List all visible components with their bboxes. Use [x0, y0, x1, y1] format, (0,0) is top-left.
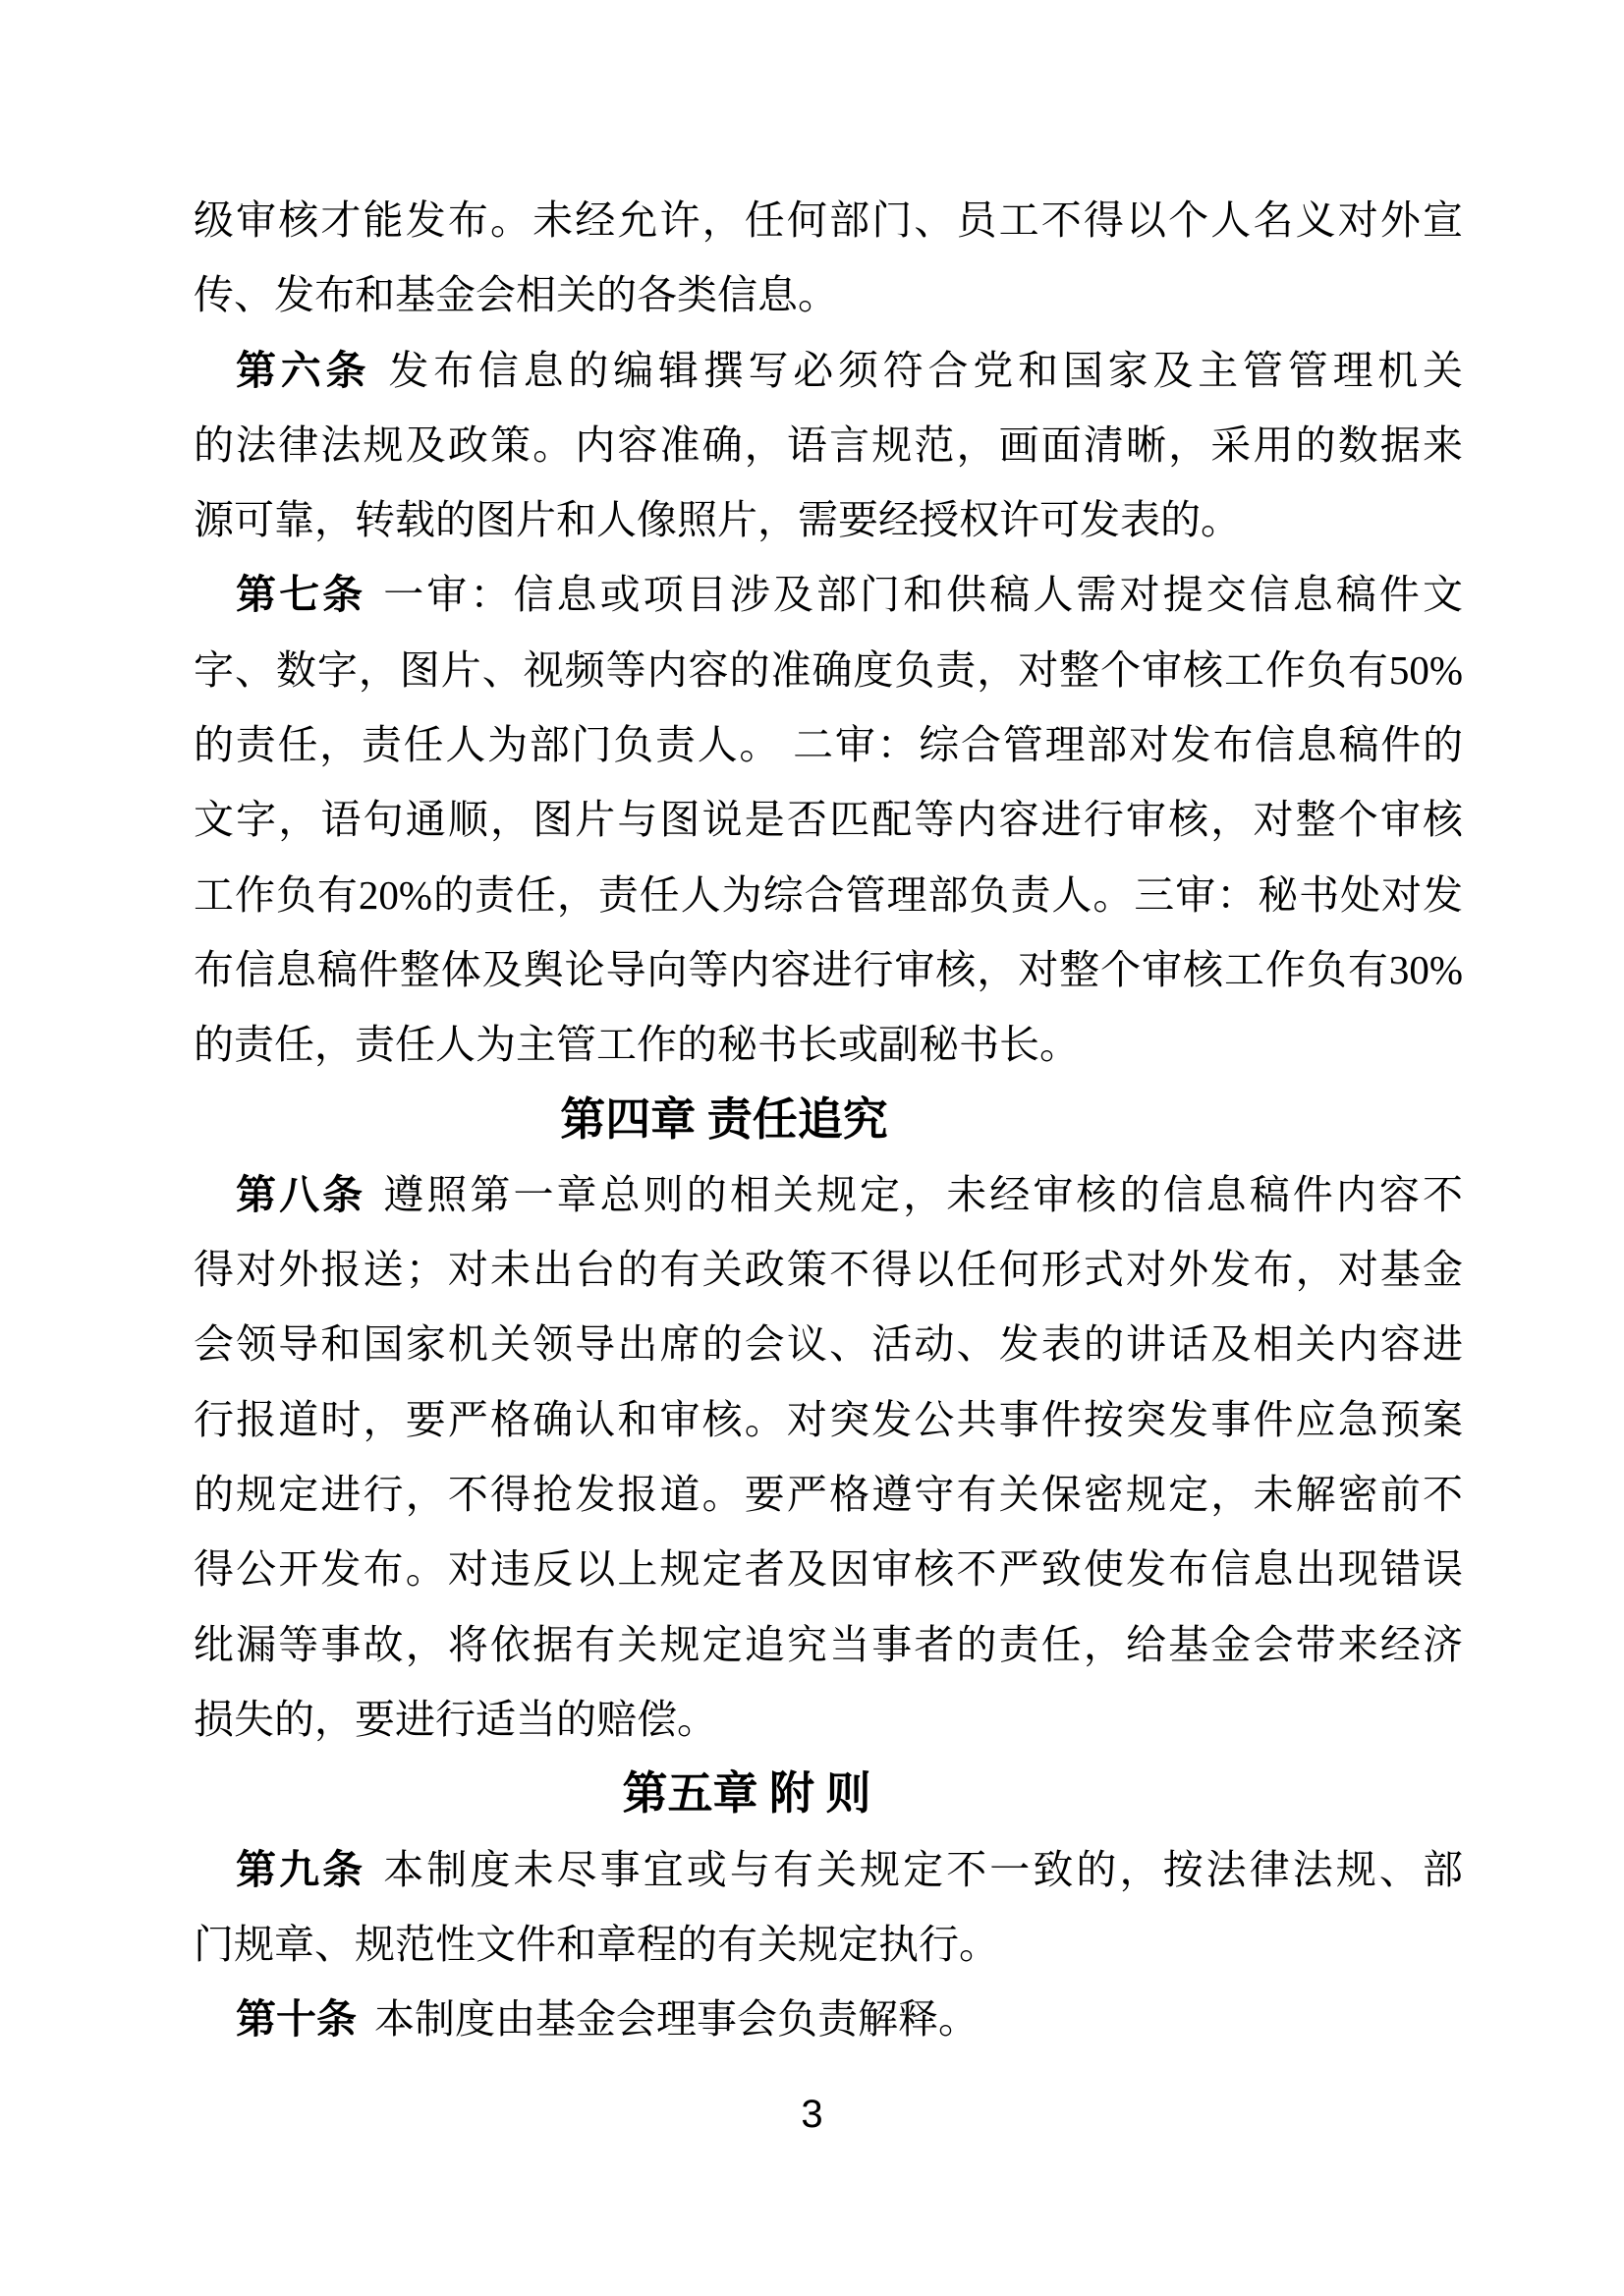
chapter-heading: 第四章 责任追究: [194, 1083, 1463, 1157]
text-line: 的责任，责任人为主管工作的秘书长或副秘书长。: [194, 1007, 1463, 1082]
text-line: 损失的，要进行适当的赔偿。: [194, 1682, 1463, 1757]
line-text: 级审核才能发布。未经允许，任何部门、员工不得以个人名义对外宣: [194, 197, 1463, 243]
chapter-heading-text: 第四章 责任追究: [560, 1083, 888, 1157]
text-line: 第七条一审：信息或项目涉及部门和供稿人需对提交信息稿件文: [194, 557, 1463, 632]
text-line: 传、发布和基金会相关的各类信息。: [194, 257, 1463, 332]
text-line: 的责任，责任人为部门负责人。 二审：综合管理部对发布信息稿件的: [194, 707, 1463, 782]
line-text: 字、数字，图片、视频等内容的准确度负责，对整个审核工作负有50%: [194, 647, 1463, 693]
document-page: 级审核才能发布。未经允许，任何部门、员工不得以个人名义对外宣 传、发布和基金会相…: [0, 0, 1624, 2296]
line-text: 遵照第一章总则的相关规定，未经审核的信息稿件内容不: [383, 1172, 1463, 1217]
line-text: 本制度由基金会理事会负责解释。: [374, 1996, 979, 2042]
text-line: 源可靠，转载的图片和人像照片，需要经授权许可发表的。: [194, 482, 1463, 557]
article-number-label: 第九条: [236, 1847, 365, 1892]
line-text: 会领导和国家机关领导出席的会议、活动、发表的讲话及相关内容进: [194, 1321, 1463, 1367]
article-number-label: 第七条: [236, 572, 365, 617]
text-line: 第六条发布信息的编辑撰写必须符合党和国家及主管管理机关: [194, 333, 1463, 408]
document-body: 级审核才能发布。未经允许，任何部门、员工不得以个人名义对外宣 传、发布和基金会相…: [194, 183, 1463, 2056]
text-line: 布信息稿件整体及舆论导向等内容进行审核，对整个审核工作负有30%: [194, 932, 1463, 1007]
article-number-label: 第六条: [236, 348, 370, 393]
line-text: 纰漏等事故，将依据有关规定追究当事者的责任，给基金会带来经济: [194, 1622, 1463, 1667]
line-text: 文字，语句通顺，图片与图说是否匹配等内容进行审核，对整个审核: [194, 797, 1463, 842]
text-line: 的规定进行，不得抢发报道。要严格遵守有关保密规定，未解密前不: [194, 1457, 1463, 1532]
line-text: 的法律法规及政策。内容准确，语言规范，画面清晰，采用的数据来: [194, 422, 1463, 468]
line-text: 门规章、规范性文件和章程的有关规定执行。: [194, 1922, 999, 1967]
line-text: 源可靠，转载的图片和人像照片，需要经授权许可发表的。: [194, 497, 1241, 542]
chapter-heading-text: 第五章 附 则: [623, 1757, 871, 1831]
article-number-label: 第八条: [236, 1172, 365, 1217]
text-line: 会领导和国家机关领导出席的会议、活动、发表的讲话及相关内容进: [194, 1307, 1463, 1381]
page-number: 3: [0, 2093, 1624, 2136]
line-text: 的责任，责任人为部门负责人。 二审：综合管理部对发布信息稿件的: [194, 722, 1463, 767]
line-text: 本制度未尽事宜或与有关规定不一致的，按法律法规、部: [383, 1847, 1463, 1892]
text-line: 的法律法规及政策。内容准确，语言规范，画面清晰，采用的数据来: [194, 408, 1463, 482]
line-text: 行报道时，要严格确认和审核。对突发公共事件按突发事件应急预案: [194, 1397, 1463, 1442]
chapter-heading: 第五章 附 则: [194, 1757, 1463, 1831]
text-line: 文字，语句通顺，图片与图说是否匹配等内容进行审核，对整个审核: [194, 782, 1463, 857]
line-text: 工作负有20%的责任，责任人为综合管理部负责人。三审：秘书处对发: [194, 872, 1463, 918]
text-line: 得对外报送；对未出台的有关政策不得以任何形式对外发布，对基金: [194, 1232, 1463, 1307]
line-text: 一审：信息或项目涉及部门和供稿人需对提交信息稿件文: [383, 572, 1463, 617]
text-line: 行报道时，要严格确认和审核。对突发公共事件按突发事件应急预案: [194, 1382, 1463, 1457]
line-text: 的责任，责任人为主管工作的秘书长或副秘书长。: [194, 1022, 1080, 1067]
text-line: 门规章、规范性文件和章程的有关规定执行。: [194, 1907, 1463, 1982]
text-line: 工作负有20%的责任，责任人为综合管理部负责人。三审：秘书处对发: [194, 858, 1463, 932]
text-line: 得公开发布。对违反以上规定者及因审核不严致使发布信息出现错误: [194, 1532, 1463, 1606]
text-line: 第九条本制度未尽事宜或与有关规定不一致的，按法律法规、部: [194, 1832, 1463, 1907]
text-line: 纰漏等事故，将依据有关规定追究当事者的责任，给基金会带来经济: [194, 1607, 1463, 1682]
line-text: 的规定进行，不得抢发报道。要严格遵守有关保密规定，未解密前不: [194, 1472, 1463, 1517]
line-text: 传、发布和基金会相关的各类信息。: [194, 272, 838, 317]
line-text: 布信息稿件整体及舆论导向等内容进行审核，对整个审核工作负有30%: [194, 947, 1463, 992]
text-line: 级审核才能发布。未经允许，任何部门、员工不得以个人名义对外宣: [194, 183, 1463, 257]
line-text: 损失的，要进行适当的赔偿。: [194, 1697, 717, 1742]
article-number-label: 第十条: [236, 1996, 357, 2042]
text-line: 字、数字，图片、视频等内容的准确度负责，对整个审核工作负有50%: [194, 633, 1463, 707]
text-line: 第八条遵照第一章总则的相关规定，未经审核的信息稿件内容不: [194, 1157, 1463, 1232]
line-text: 得公开发布。对违反以上规定者及因审核不严致使发布信息出现错误: [194, 1546, 1463, 1592]
line-text: 发布信息的编辑撰写必须符合党和国家及主管管理机关: [388, 348, 1463, 393]
line-text: 得对外报送；对未出台的有关政策不得以任何形式对外发布，对基金: [194, 1247, 1463, 1292]
text-line: 第十条本制度由基金会理事会负责解释。: [194, 1982, 1463, 2056]
